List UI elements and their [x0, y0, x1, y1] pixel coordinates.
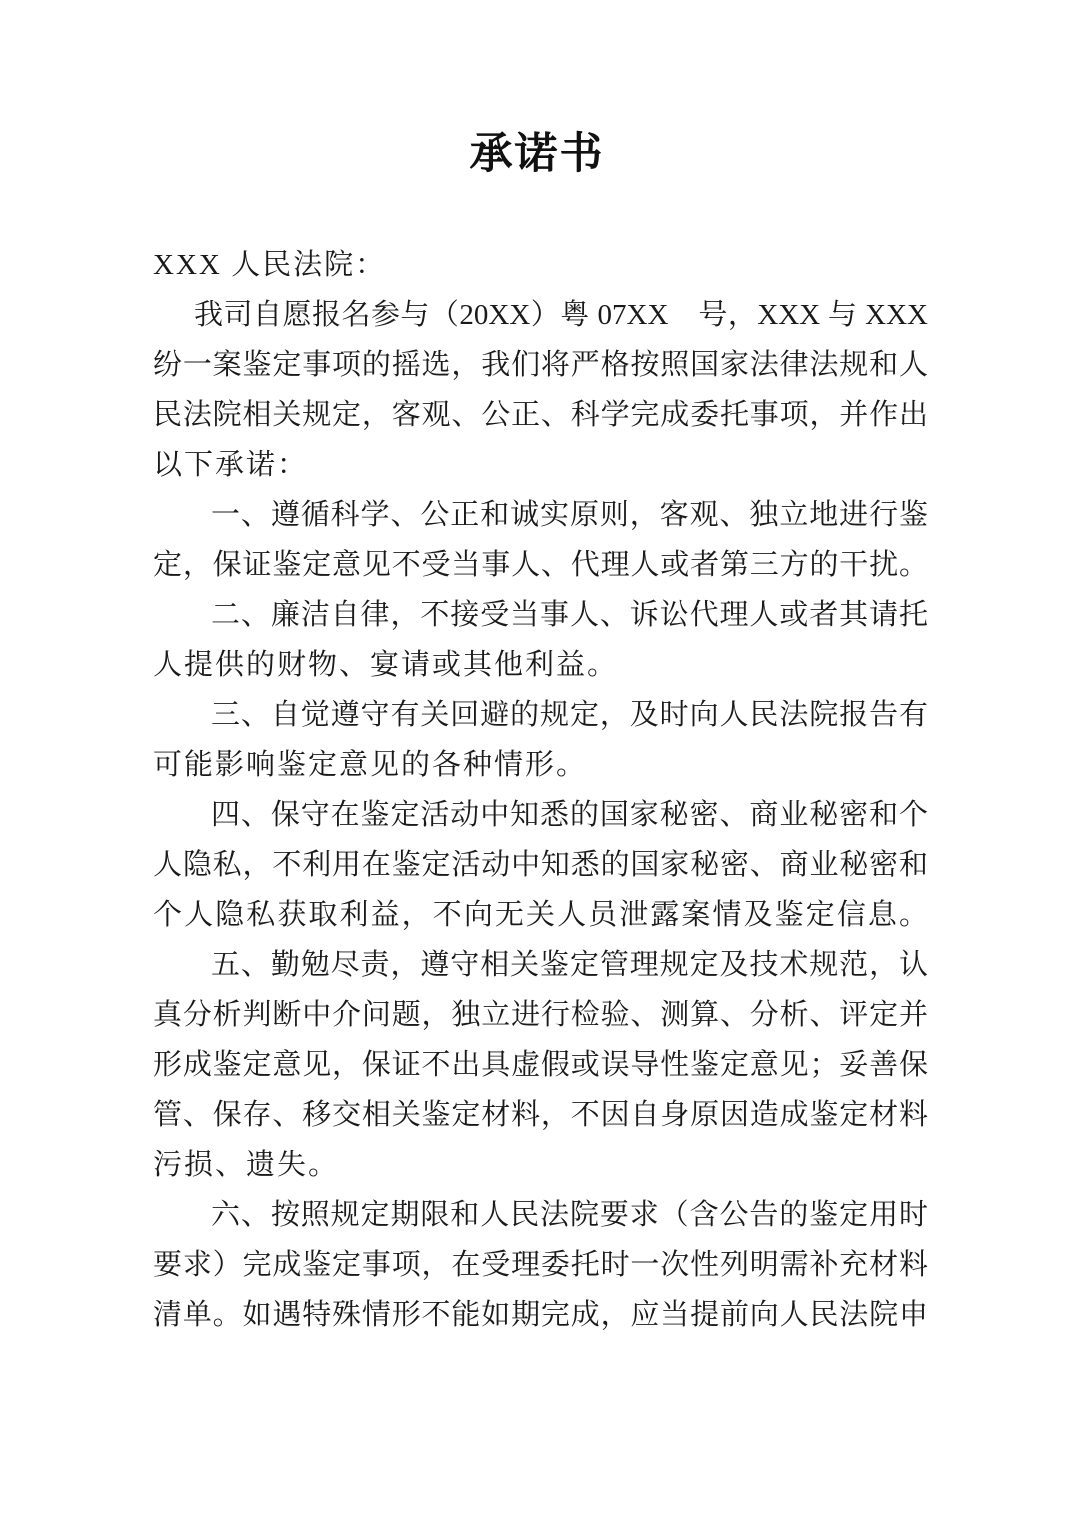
doc-title: 承诺书 [0, 0, 1074, 180]
item-5-line-5: 污损、遗失。 [153, 1140, 928, 1190]
item-1-line-2: 定，保证鉴定意见不受当事人、代理人或者第三方的干扰。 [153, 540, 928, 590]
document-page: 承诺书 XXX 人民法院： 我司自愿报名参与（20XX）粤 07XX 号，XXX… [0, 0, 1074, 1520]
commitment-item-3: 三、自觉遵守有关回避的规定，及时向人民法院报告有 可能影响鉴定意见的各种情形。 [153, 690, 928, 790]
item-2-line-2: 人提供的财物、宴请或其他利益。 [153, 640, 928, 690]
commitment-item-5: 五、勤勉尽责，遵守相关鉴定管理规定及技术规范，认 真分析判断中介问题，独立进行检… [153, 940, 928, 1190]
commitment-item-6: 六、按照规定期限和人民法院要求（含公告的鉴定用时 要求）完成鉴定事项，在受理委托… [153, 1190, 928, 1340]
item-5-line-1: 五、勤勉尽责，遵守相关鉴定管理规定及技术规范，认 [153, 940, 928, 990]
item-1-line-1: 一、遵循科学、公正和诚实原则，客观、独立地进行鉴 [153, 490, 928, 540]
salutation: XXX 人民法院： [153, 240, 928, 290]
intro-line-4: 以下承诺： [153, 440, 928, 490]
intro-line-2: 纷一案鉴定事项的摇选，我们将严格按照国家法律法规和人 [153, 340, 928, 390]
item-3-line-1: 三、自觉遵守有关回避的规定，及时向人民法院报告有 [153, 690, 928, 740]
item-4-line-1: 四、保守在鉴定活动中知悉的国家秘密、商业秘密和个 [153, 790, 928, 840]
item-6-line-2: 要求）完成鉴定事项，在受理委托时一次性列明需补充材料 [153, 1240, 928, 1290]
item-2-line-1: 二、廉洁自律，不接受当事人、诉讼代理人或者其请托 [153, 590, 928, 640]
item-5-line-4: 管、保存、移交相关鉴定材料，不因自身原因造成鉴定材料 [153, 1090, 928, 1140]
item-4-line-3: 个人隐私获取利益，不向无关人员泄露案情及鉴定信息。 [153, 890, 928, 940]
item-6-line-1: 六、按照规定期限和人民法院要求（含公告的鉴定用时 [153, 1190, 928, 1240]
item-3-line-2: 可能影响鉴定意见的各种情形。 [153, 740, 928, 790]
intro-paragraph: 我司自愿报名参与（20XX）粤 07XX 号，XXX 与 XXX 纠 纷一案鉴定… [153, 290, 928, 490]
item-5-line-3: 形成鉴定意见，保证不出具虚假或误导性鉴定意见；妥善保 [153, 1040, 928, 1090]
commitment-item-2: 二、廉洁自律，不接受当事人、诉讼代理人或者其请托 人提供的财物、宴请或其他利益。 [153, 590, 928, 690]
item-4-line-2: 人隐私，不利用在鉴定活动中知悉的国家秘密、商业秘密和 [153, 840, 928, 890]
doc-body: XXX 人民法院： 我司自愿报名参与（20XX）粤 07XX 号，XXX 与 X… [153, 240, 928, 1340]
intro-line-1: 我司自愿报名参与（20XX）粤 07XX 号，XXX 与 XXX 纠 [153, 290, 928, 340]
commitment-item-4: 四、保守在鉴定活动中知悉的国家秘密、商业秘密和个 人隐私，不利用在鉴定活动中知悉… [153, 790, 928, 940]
intro-line-3: 民法院相关规定，客观、公正、科学完成委托事项，并作出 [153, 390, 928, 440]
commitment-item-1: 一、遵循科学、公正和诚实原则，客观、独立地进行鉴 定，保证鉴定意见不受当事人、代… [153, 490, 928, 590]
item-5-line-2: 真分析判断中介问题，独立进行检验、测算、分析、评定并 [153, 990, 928, 1040]
item-6-line-3: 清单。如遇特殊情形不能如期完成，应当提前向人民法院申 [153, 1290, 928, 1340]
